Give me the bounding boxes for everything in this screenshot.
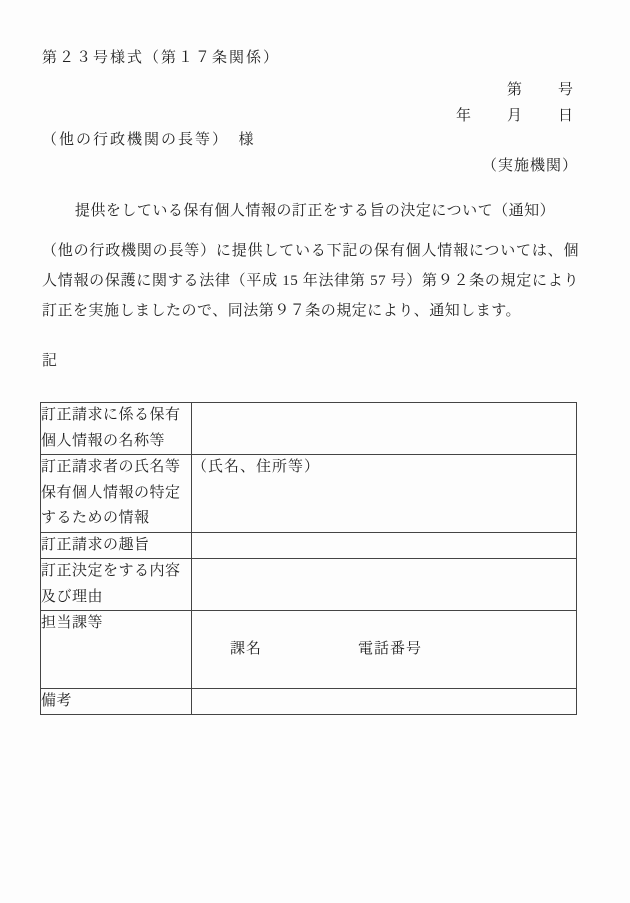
department-name-label: 課名: [230, 641, 262, 657]
table-row-remarks: 備考: [41, 688, 577, 715]
record-marker: 記: [42, 349, 58, 370]
table-label-cell: 訂正決定をする内容 及び理由: [41, 559, 192, 611]
issuer-line: （実施機関）: [482, 154, 578, 175]
date-line: 年 月 日: [456, 104, 575, 125]
table-row-requester-name: 訂正請求者の氏名等 保有個人情報の特定 するための情報 （氏名、住所等）: [41, 455, 577, 533]
body-paragraph: （他の行政機関の長等）に提供している下記の保有個人情報については、個人情報の保護…: [42, 236, 579, 326]
table-label-cell: 備考: [41, 688, 192, 715]
table-value-cell: [192, 532, 577, 559]
document-page: 第２３号様式（第１７条関係） 第 号 年 月 日 （他の行政機関の長等） 様 （…: [0, 0, 630, 903]
table-value-cell: （氏名、住所等）: [192, 455, 577, 533]
table-value-cell: 課名電話番号: [192, 611, 577, 689]
table-label-cell: 訂正請求者の氏名等 保有個人情報の特定 するための情報: [41, 455, 192, 533]
form-number-line: 第２３号様式（第１７条関係）: [42, 46, 280, 67]
table-label-cell: 訂正請求に係る保有 個人情報の名称等: [41, 403, 192, 455]
table-label-cell: 訂正請求の趣旨: [41, 532, 192, 559]
table-value-cell: [192, 559, 577, 611]
document-number-line: 第 号: [507, 78, 575, 99]
table-label-cell: 担当課等: [41, 611, 192, 689]
form-table: 訂正請求に係る保有 個人情報の名称等 訂正請求者の氏名等 保有個人情報の特定 す…: [40, 402, 577, 715]
table-value-cell: [192, 688, 577, 715]
document-title: 提供をしている保有個人情報の訂正をする旨の決定について（通知）: [0, 199, 630, 220]
table-row-decision-content: 訂正決定をする内容 及び理由: [41, 559, 577, 611]
table-row-department: 担当課等 課名電話番号: [41, 611, 577, 689]
table-value-cell: [192, 403, 577, 455]
table-row-purpose: 訂正請求の趣旨: [41, 532, 577, 559]
phone-number-label: 電話番号: [358, 637, 422, 663]
table-row-name-of-info: 訂正請求に係る保有 個人情報の名称等: [41, 403, 577, 455]
addressee-line: （他の行政機関の長等） 様: [42, 128, 256, 149]
